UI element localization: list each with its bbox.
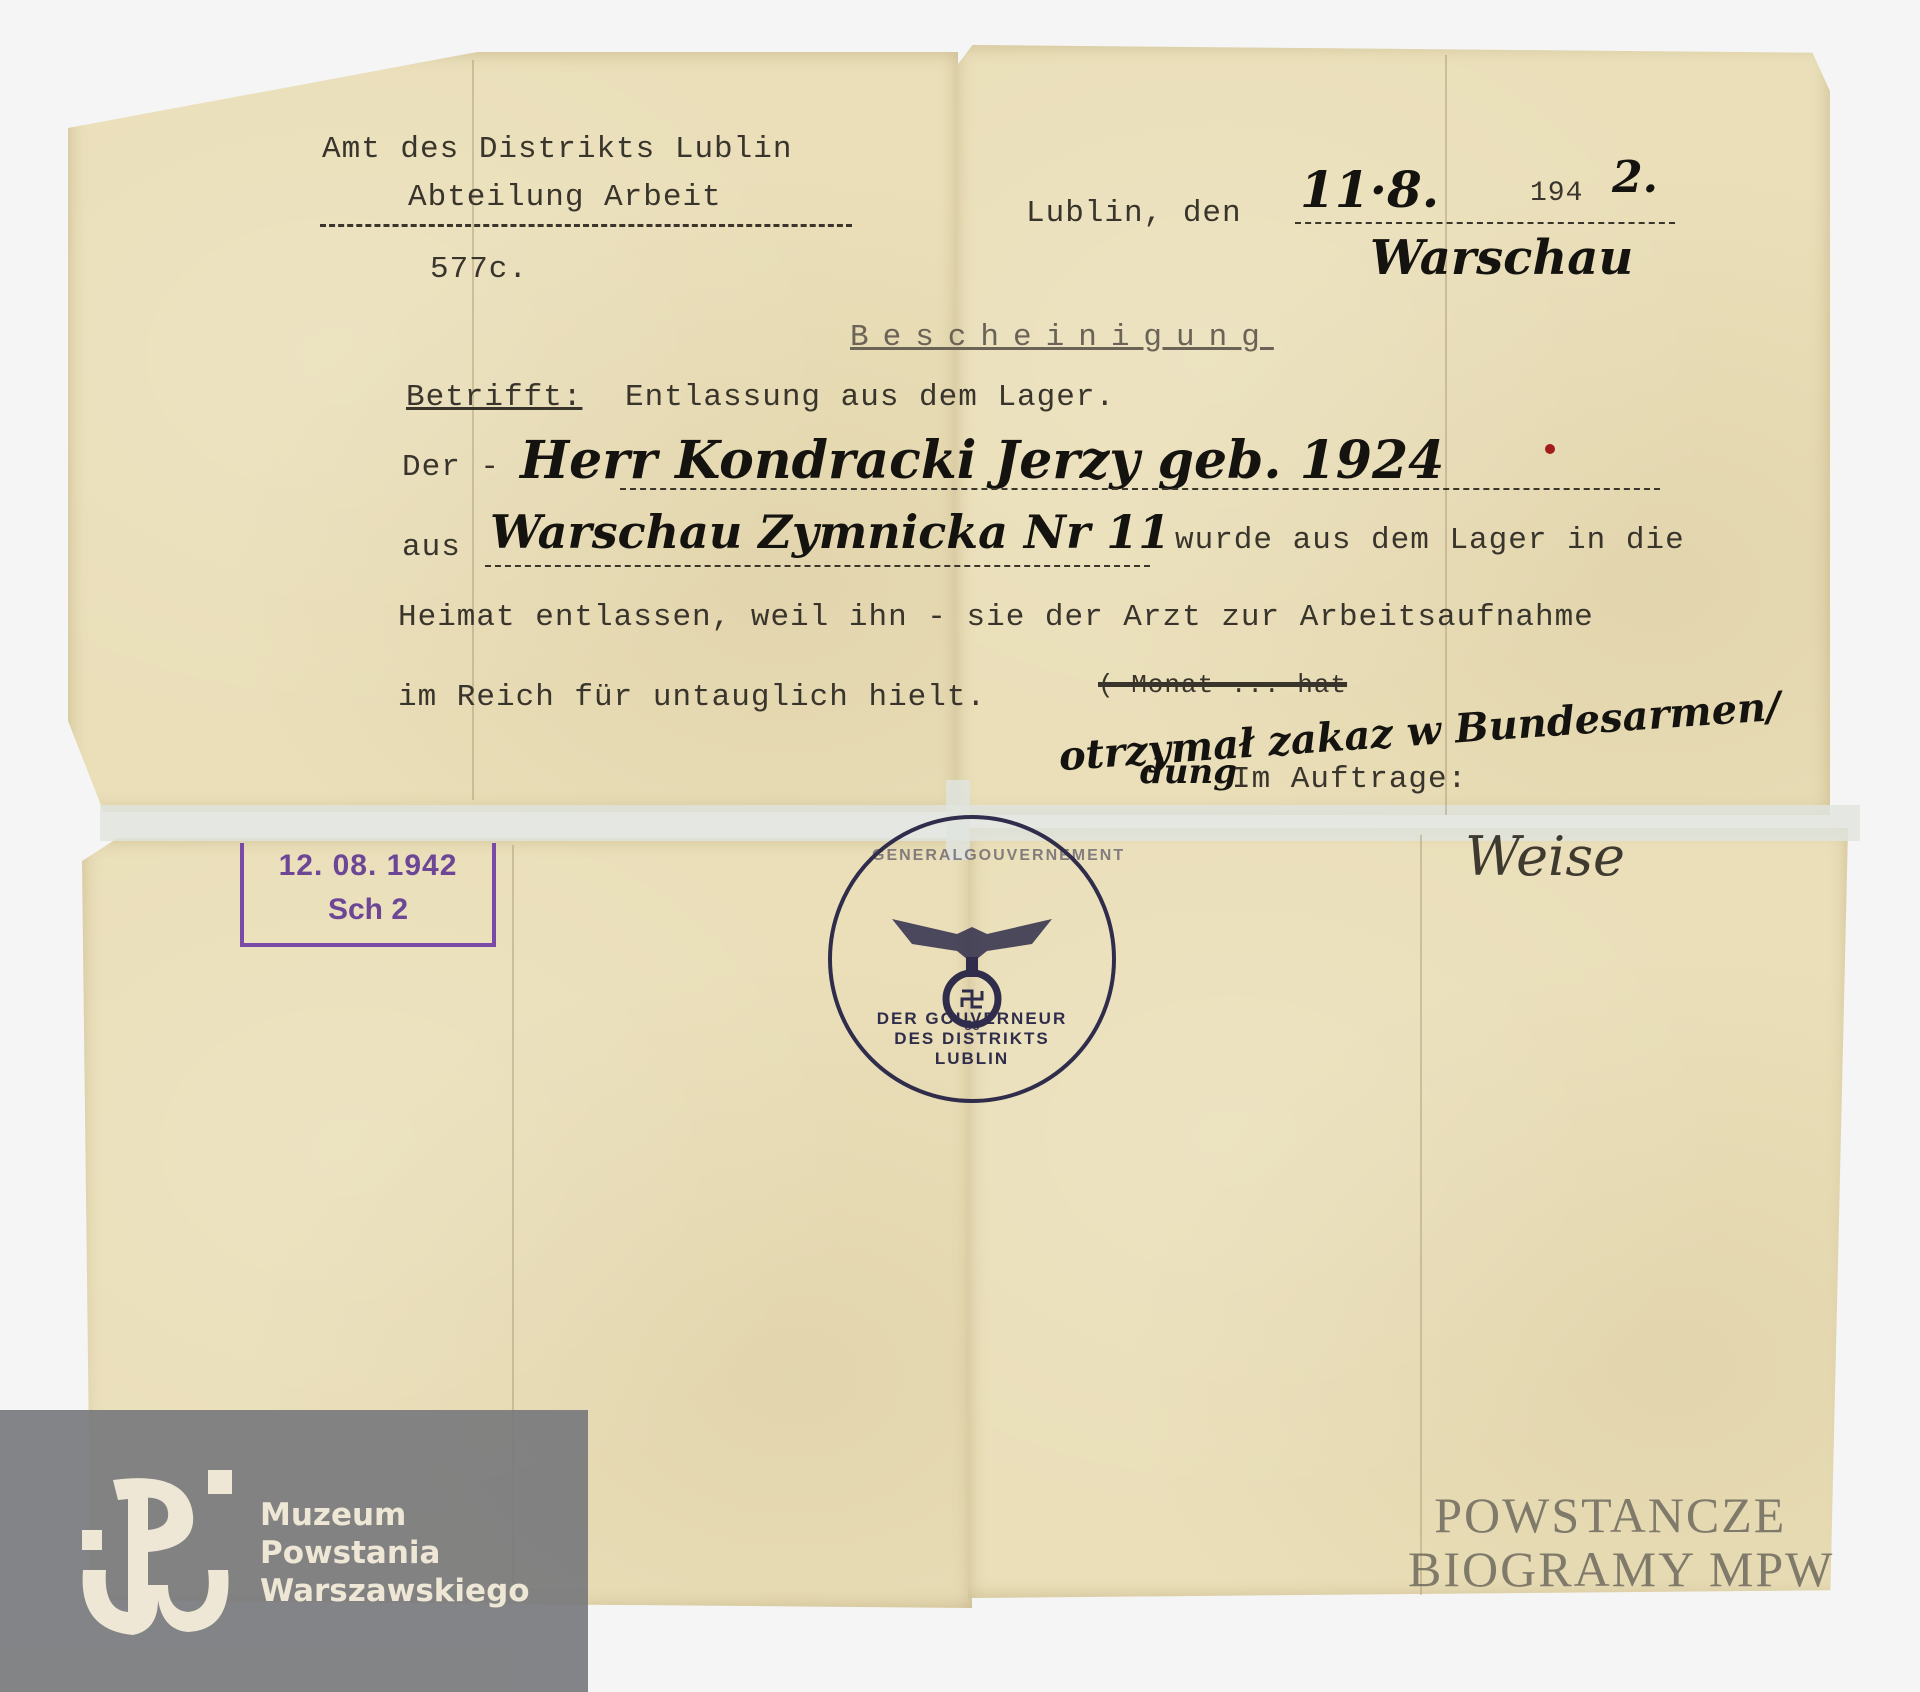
museum-name-line-3: Warszawskiego (260, 1572, 530, 1610)
handwritten-date: 11·8. (1300, 160, 1439, 219)
stamp-code: Sch 2 (244, 893, 492, 927)
fold-crease (1420, 835, 1422, 1595)
museum-name: Muzeum Powstania Warszawskiego (260, 1496, 530, 1610)
header-rule (320, 224, 852, 227)
seal-top-text: GENERALGOUVERNEMENT (872, 847, 1072, 865)
body-line-3: Heimat entlassen, weil ihn - sie der Arz… (398, 600, 1594, 635)
issuer-office: Amt des Distrikts Lublin (322, 132, 792, 167)
year-printed: 194 (1530, 178, 1583, 209)
date-rule (1295, 222, 1675, 224)
official-seal: GENERALGOUVERNEMENT 56 DER GOUVERNEUR DE… (828, 815, 1116, 1103)
stamp-date: 12. 08. 1942 (244, 849, 492, 883)
museum-name-line-1: Muzeum (260, 1496, 530, 1534)
body-line-4: im Reich für untauglich hielt. (398, 680, 986, 715)
handwritten-place: Warschau (1370, 230, 1633, 286)
aus-label: aus (402, 530, 461, 565)
date-stamp: 12. 08. 1942 Sch 2 (240, 843, 496, 947)
museum-name-line-2: Powstania (260, 1534, 530, 1572)
name-rule (620, 488, 1660, 490)
handwritten-address: Warschau Zymnicka Nr 11 (490, 505, 1170, 559)
handwritten-name: Herr Kondracki Jerzy geb. 1924 (520, 430, 1444, 491)
kotwica-logo-icon (78, 1470, 238, 1640)
reference-number: 577c. (430, 252, 528, 287)
fold-crease (1445, 55, 1447, 815)
subject-label: Betrifft: (406, 380, 582, 415)
der-label: Der - (402, 450, 500, 485)
issuer-department: Abteilung Arbeit (408, 180, 722, 215)
handwritten-note-2: dung (1140, 752, 1237, 792)
subject-text: Entlassung aus dem Lager. (625, 380, 1115, 415)
seal-bottom-text: DER GOUVERNEUR DES DISTRIKTS LUBLIN (862, 1009, 1082, 1069)
place-date-label: Lublin, den (1026, 196, 1242, 231)
watermark: POWSTANCZE BIOGRAMY MPW (1408, 1488, 1834, 1596)
aus-continuation: wurde aus dem Lager in die (1175, 523, 1685, 558)
document-title: Bescheinigung (850, 320, 1274, 355)
signature-label: Im Auftrage: (1232, 762, 1467, 797)
address-rule (485, 565, 1150, 567)
red-dot-mark (1545, 444, 1555, 454)
signature: Weise (1465, 825, 1625, 888)
watermark-line-1: POWSTANCZE (1408, 1488, 1834, 1542)
year-handwritten: 2. (1612, 152, 1658, 203)
watermark-line-2: BIOGRAMY MPW (1408, 1542, 1834, 1596)
museum-logo-panel: Muzeum Powstania Warszawskiego (0, 1410, 588, 1692)
